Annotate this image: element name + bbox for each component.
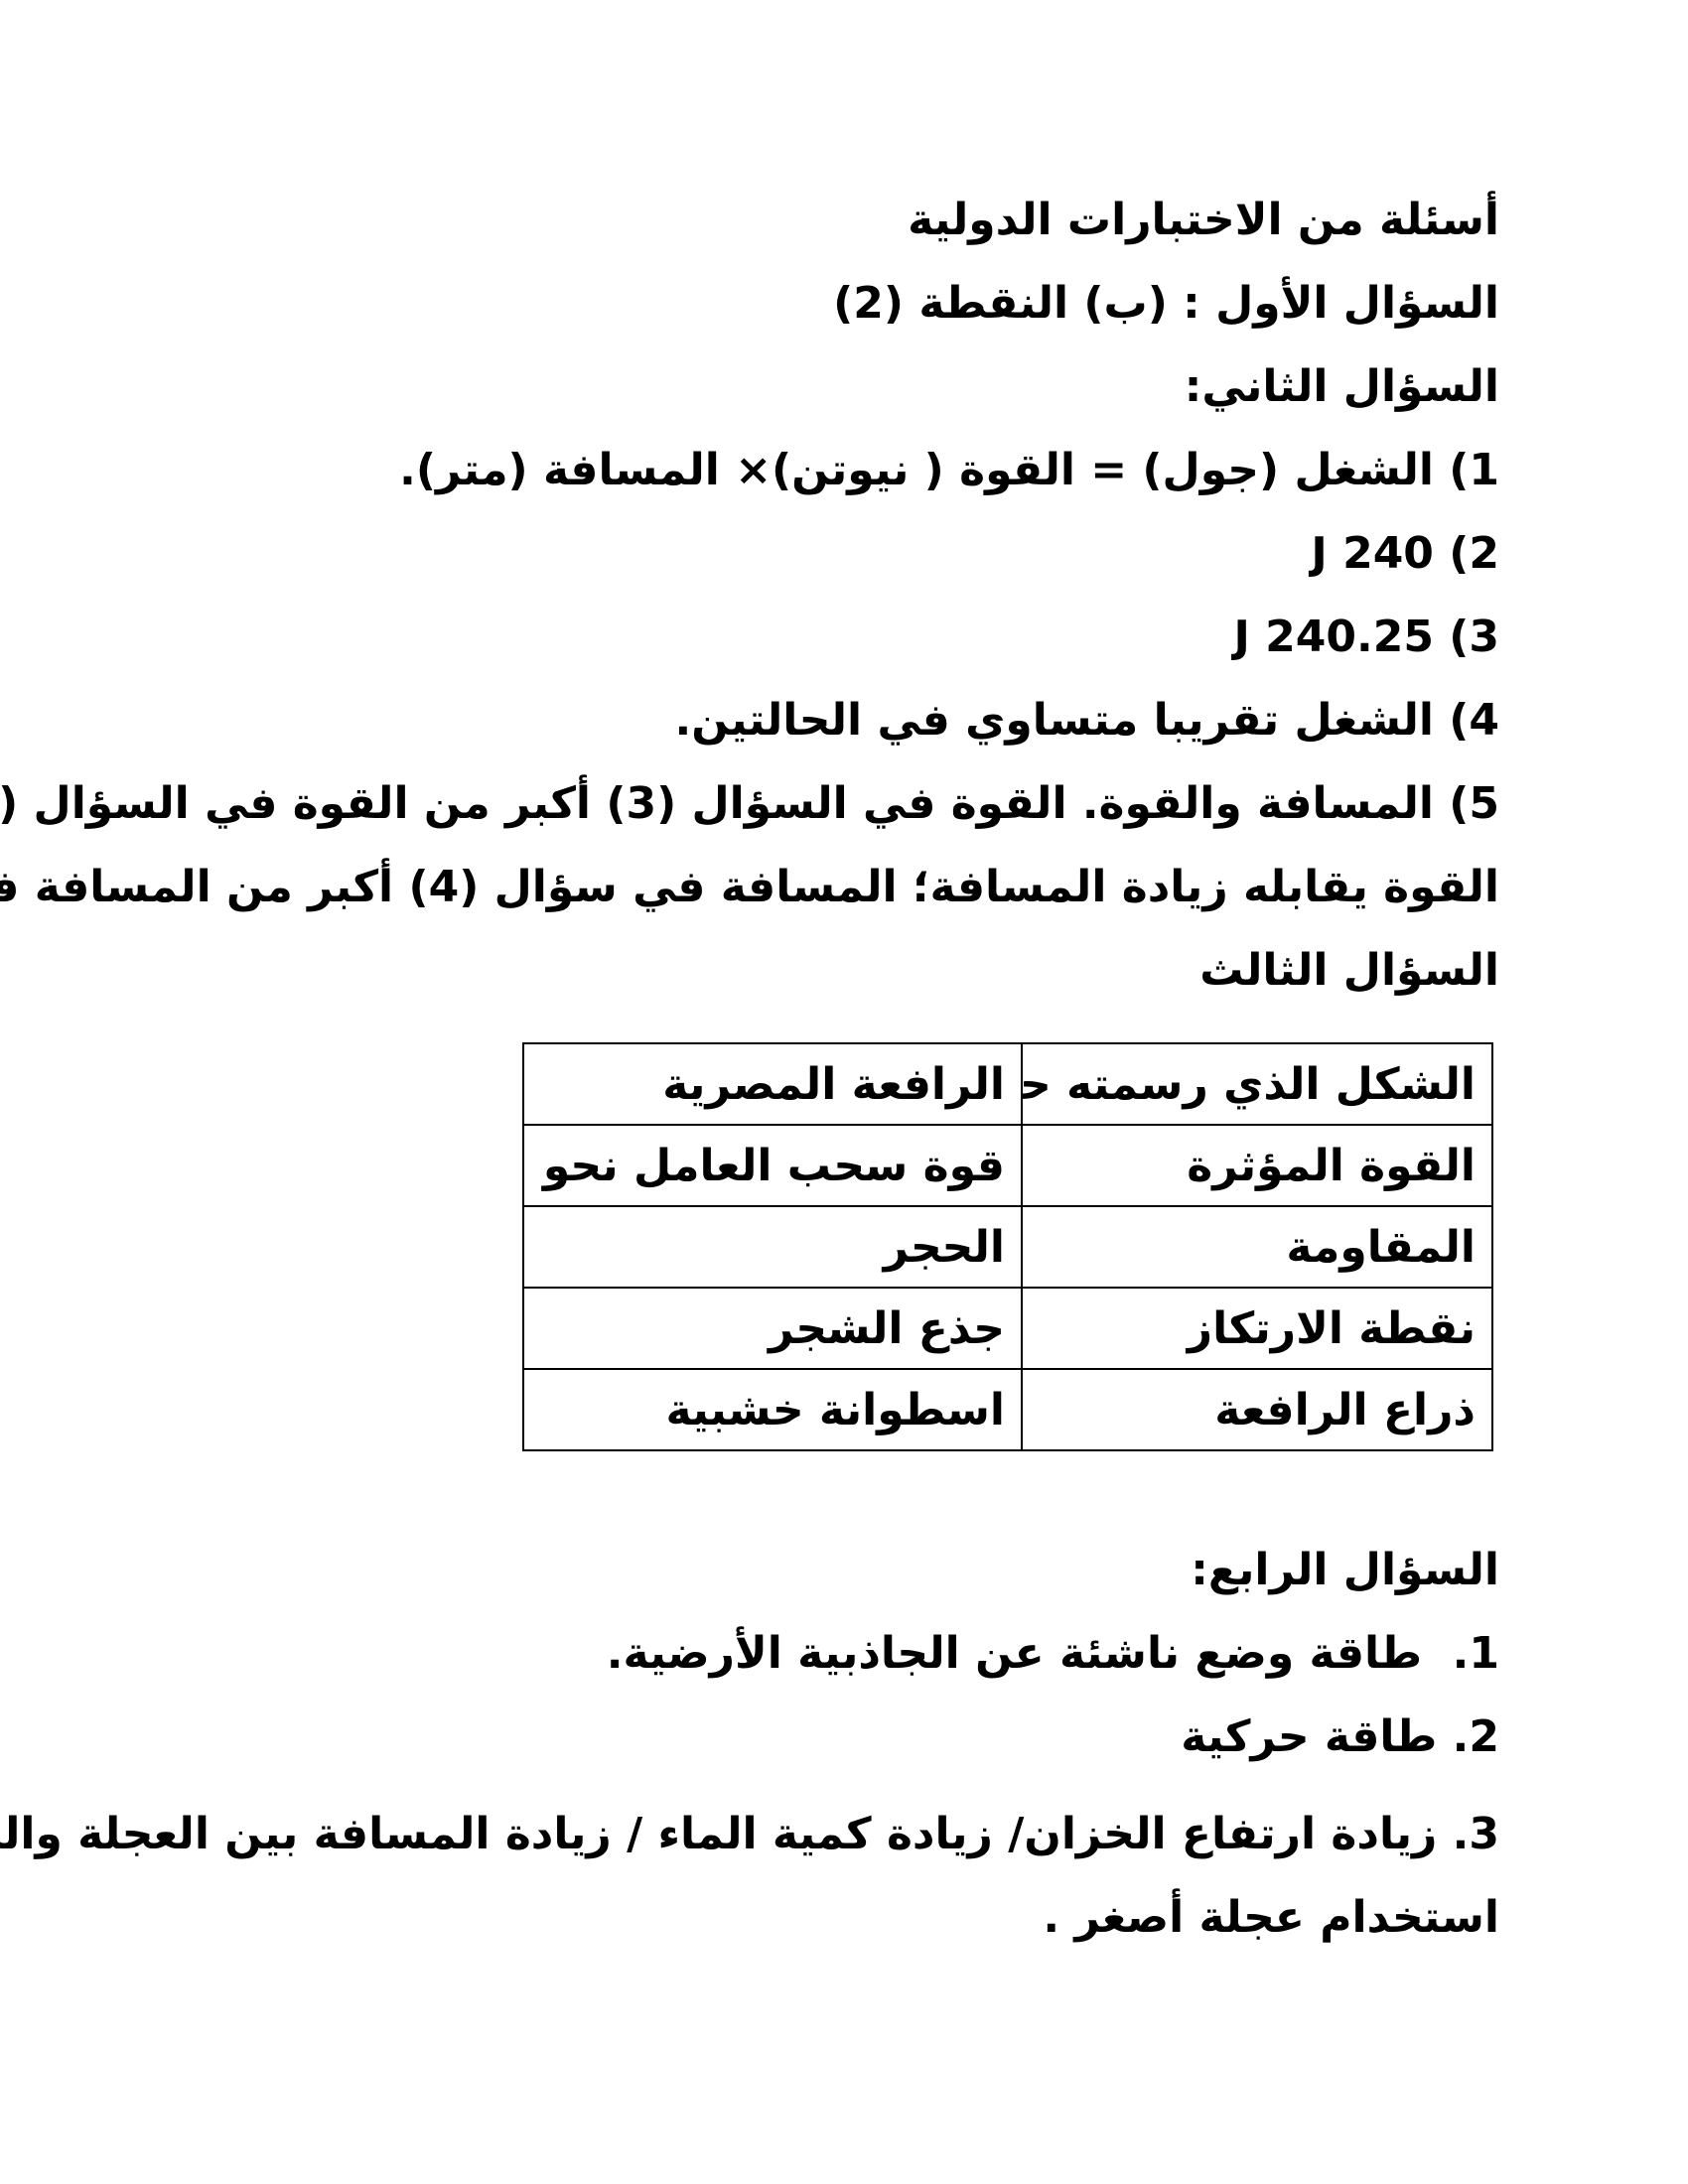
question2-answer-line: 2) 240 J (149, 512, 1499, 596)
doc-title: أسئلة من الاختبارات الدولية (149, 179, 1499, 262)
table-row: القوة المؤثرة قوة سحب العامل نحو الأسفل (523, 1125, 1492, 1206)
question2-answer-line: 3) 240.25 J (149, 596, 1499, 679)
table-row: ذراع الرافعة اسطوانة خشبية (523, 1369, 1492, 1450)
table-cell-value: اسطوانة خشبية (523, 1369, 1022, 1450)
table-cell-term: القوة المؤثرة (1022, 1125, 1492, 1206)
question2-answer-line: 4) الشغل تقريبا متساوي في الحالتين. (149, 679, 1499, 762)
answers-table: الشكل الذي رسمته حنان الرافعة المصرية ال… (522, 1042, 1493, 1451)
table-cell-term: نقطة الارتكاز (1022, 1288, 1492, 1369)
table-cell-value: جذع الشجر (523, 1288, 1022, 1369)
question4-answer-line: 3. زيادة ارتفاع الخزان/ زيادة كمية الماء… (149, 1793, 1499, 1876)
table-row: الشكل الذي رسمته حنان الرافعة المصرية (523, 1043, 1492, 1125)
table-cell-value: قوة سحب العامل نحو الأسفل (523, 1125, 1022, 1206)
question4-heading: السؤال الرابع: (149, 1529, 1499, 1612)
table-cell-value: الرافعة المصرية (523, 1043, 1022, 1125)
section-spacer (149, 1451, 1499, 1529)
document-body: أسئلة من الاختبارات الدولية السؤال الأول… (149, 179, 1499, 1960)
question2-answer-line: 5) المسافة والقوة. القوة في السؤال (3) أ… (149, 762, 1499, 846)
table-row: نقطة الارتكاز جذع الشجر (523, 1288, 1492, 1369)
question4-answer-line: 1. طاقة وضع ناشئة عن الجاذبية الأرضية. (149, 1612, 1499, 1696)
table-row: المقاومة الحجر (523, 1206, 1492, 1288)
table-cell-term: الشكل الذي رسمته حنان (1022, 1043, 1492, 1125)
table-cell-term: المقاومة (1022, 1206, 1492, 1288)
question2-answer-line: 1) الشغل (جول) = القوة ( نيوتن)× المسافة… (149, 429, 1499, 512)
question3-heading: السؤال الثالث (149, 929, 1499, 1013)
question1-line: السؤال الأول : (ب) النقطة (2) (149, 262, 1499, 345)
question2-heading: السؤال الثاني: (149, 345, 1499, 429)
question2-answer-line: القوة يقابله زيادة المسافة؛ المسافة في س… (149, 846, 1499, 929)
table-cell-value: الحجر (523, 1206, 1022, 1288)
question4-answer-line: 2. طاقة حركية (149, 1696, 1499, 1779)
document-page: { "page": { "background": "#ffffff", "te… (0, 0, 1688, 2184)
table-cell-term: ذراع الرافعة (1022, 1369, 1492, 1450)
question4-item3: 3. زيادة ارتفاع الخزان/ زيادة كمية الماء… (149, 1793, 1499, 1960)
question4-answer-line: استخدام عجلة أصغر . (149, 1876, 1499, 1960)
